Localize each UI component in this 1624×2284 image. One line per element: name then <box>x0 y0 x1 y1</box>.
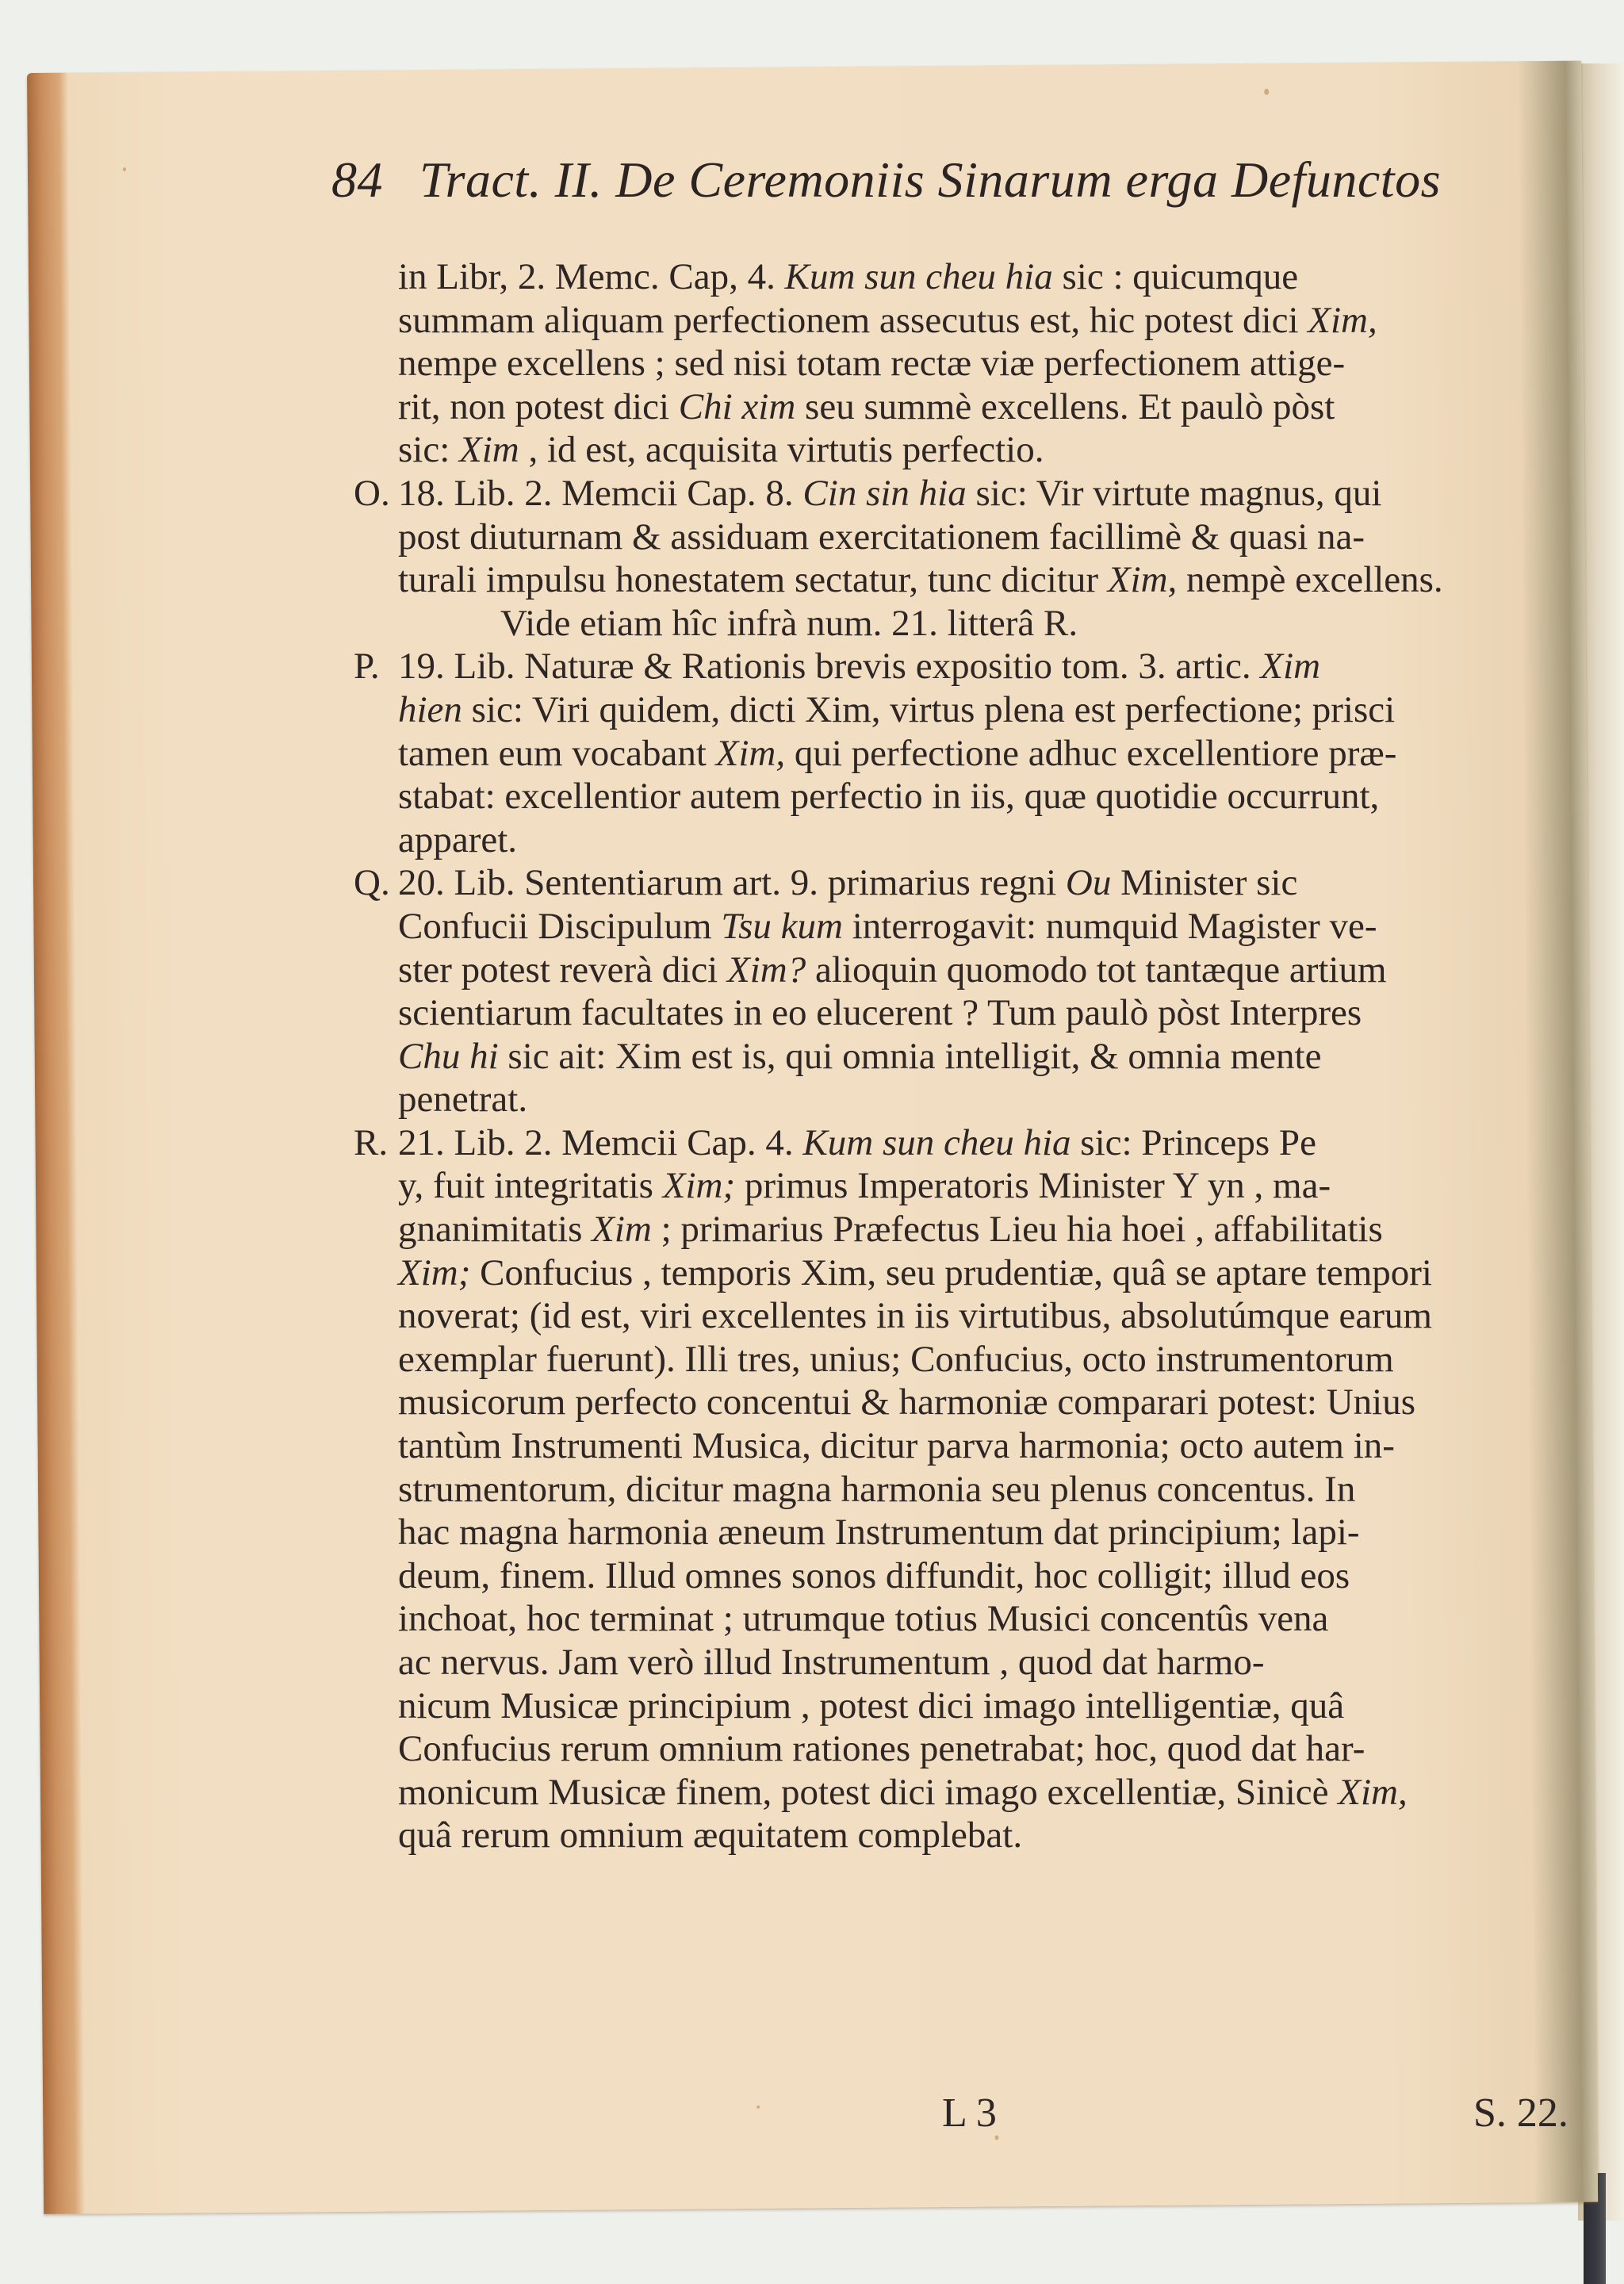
line-text: ; primarius Præfectus Lieu hia hoei , af… <box>652 1209 1383 1250</box>
line-text: seu summè excellens. Et paulò pòst <box>795 386 1335 427</box>
text-line: post diuturnam & assiduam exercitationem… <box>354 515 1591 559</box>
line-text: noverat; (id est, viri excellentes in ii… <box>398 1295 1432 1336</box>
line-text: qui perfectione adhuc excellentiore præ- <box>785 733 1396 774</box>
signature-mark: L 3 <box>942 2090 997 2136</box>
line-text: penetrat. <box>398 1079 527 1120</box>
line-text: strumentorum, dicitur magna harmonia seu… <box>398 1469 1355 1510</box>
text-line: Confucii Discipulum Tsu kum interrogavit… <box>354 905 1591 948</box>
text-line: ster potest reverà dici Xim? alioquin qu… <box>354 948 1591 992</box>
line-text: sic: <box>398 429 459 470</box>
line-text: nicum Musicæ principium , potest dici im… <box>398 1685 1344 1726</box>
text-line: Vide etiam hîc infrà num. 21. litterâ R. <box>354 602 1591 646</box>
text-line: in Libr, 2. Memc. Cap, 4. Kum sun cheu h… <box>354 255 1591 299</box>
text-line: tamen eum vocabant Xim, qui perfectione … <box>354 732 1591 776</box>
line-text: y, fuit integritatis <box>398 1165 663 1206</box>
line-text: rit, non potest dici <box>398 386 679 427</box>
chinese-title: hien <box>398 689 462 730</box>
line-text: interrogavit: numquid Magister ve- <box>843 906 1377 947</box>
running-header: 84Tract. II. De Ceremoniis Sinarum erga … <box>331 151 1441 209</box>
page-number: 84 <box>331 151 383 208</box>
text-line: O.18. Lib. 2. Memcii Cap. 8. Cin sin hia… <box>354 472 1591 515</box>
chinese-title: Kum sun cheu hia <box>785 256 1053 297</box>
text-line: sic: Xim , id est, acquisita virtutis pe… <box>354 428 1591 472</box>
line-text: Confucius , temporis Xim, seu prudentiæ,… <box>470 1252 1432 1293</box>
line-text: 20. Lib. Sententiarum art. 9. primarius … <box>398 862 1066 903</box>
chinese-title: Xim, <box>1338 1772 1407 1813</box>
text-line: tantùm Instrumenti Musica, dicitur parva… <box>354 1424 1591 1468</box>
text-line: rit, non potest dici Chi xim seu summè e… <box>354 385 1591 429</box>
line-text: exemplar fuerunt). Illi tres, unius; Con… <box>398 1339 1394 1380</box>
line-text: sic: Princeps Pe <box>1071 1122 1316 1163</box>
line-text: inchoat, hoc terminat ; utrumque totius … <box>398 1598 1328 1639</box>
text-line: quâ rerum omnium æquitatem complebat. <box>354 1814 1591 1857</box>
line-text: sic ait: Xim est is, qui omnia intelligi… <box>499 1036 1322 1077</box>
chinese-title: Xim, <box>716 733 785 774</box>
text-line: Xim; Confucius , temporis Xim, seu prude… <box>354 1251 1591 1295</box>
text-line: summam aliquam perfectionem assecutus es… <box>354 299 1591 343</box>
chinese-title: Cin sin hia <box>802 473 966 514</box>
line-text: Confucius rerum omnium rationes penetrab… <box>398 1728 1365 1769</box>
catchword: S. 22. <box>1473 2090 1568 2136</box>
running-title: Tract. II. De Ceremoniis Sinarum erga De… <box>419 151 1441 208</box>
text-line: musicorum perfecto concentui & harmoniæ … <box>354 1381 1591 1424</box>
body-text: in Libr, 2. Memc. Cap, 4. Kum sun cheu h… <box>354 255 1591 1857</box>
text-line: nicum Musicæ principium , potest dici im… <box>354 1684 1591 1728</box>
line-text: stabat: excellentior autem perfectio in … <box>398 776 1379 817</box>
chinese-title: Chu hi <box>398 1036 499 1077</box>
chinese-title: Xim, <box>1308 300 1377 341</box>
line-text: apparet. <box>398 819 517 860</box>
text-line: hac magna harmonia æneum Instrumentum da… <box>354 1511 1591 1554</box>
paragraph-letter: O. <box>354 472 398 515</box>
text-line: scientiarum facultates in eo elucerent ?… <box>354 991 1591 1035</box>
line-text: nempè excellens. <box>1177 559 1442 600</box>
text-line: R.21. Lib. 2. Memcii Cap. 4. Kum sun che… <box>354 1121 1591 1165</box>
text-line: Confucius rerum omnium rationes penetrab… <box>354 1727 1591 1771</box>
paragraph-letter: P. <box>354 645 398 688</box>
text-line: ac nervus. Jam verò illud Instrumentum ,… <box>354 1641 1591 1684</box>
chinese-title: Xim <box>1260 646 1320 687</box>
chinese-title: Xim; <box>398 1252 470 1293</box>
line-text: quâ rerum omnium æquitatem complebat. <box>398 1815 1022 1856</box>
chinese-title: Xim; <box>663 1165 735 1206</box>
chinese-title: Tsu kum <box>721 906 843 947</box>
line-text: Vide etiam hîc infrà num. 21. litterâ R. <box>500 603 1078 644</box>
text-line: gnanimitatis Xim ; primarius Præfectus L… <box>354 1208 1591 1251</box>
text-line: noverat; (id est, viri excellentes in ii… <box>354 1294 1591 1338</box>
line-text: gnanimitatis <box>398 1209 592 1250</box>
line-text: nempe excellens ; sed nisi totam rectæ v… <box>398 343 1345 384</box>
text-line: Q.20. Lib. Sententiarum art. 9. primariu… <box>354 861 1591 905</box>
line-text: hac magna harmonia æneum Instrumentum da… <box>398 1512 1360 1553</box>
text-line: monicum Musicæ finem, potest dici imago … <box>354 1771 1591 1815</box>
text-line: Chu hi sic ait: Xim est is, qui omnia in… <box>354 1035 1591 1079</box>
line-text: deum, finem. Illud omnes sonos diffundit… <box>398 1555 1350 1596</box>
line-text: post diuturnam & assiduam exercitationem… <box>398 516 1365 558</box>
text-line: exemplar fuerunt). Illi tres, unius; Con… <box>354 1338 1591 1382</box>
text-line: hien sic: Viri quidem, dicti Xim, virtus… <box>354 688 1591 732</box>
text-line: deum, finem. Illud omnes sonos diffundit… <box>354 1554 1591 1598</box>
text-line: apparet. <box>354 818 1591 862</box>
chinese-title: Xim, <box>1108 559 1177 600</box>
line-text: primus Imperatoris Minister Y yn , ma- <box>735 1165 1331 1206</box>
line-text: ac nervus. Jam verò illud Instrumentum ,… <box>398 1642 1265 1683</box>
paragraph-letter: Q. <box>354 861 398 905</box>
chinese-title: Chi xim <box>679 386 796 427</box>
text-line: penetrat. <box>354 1078 1591 1121</box>
line-text: sic: Vir virtute magnus, qui <box>967 473 1382 514</box>
line-text: tamen eum vocabant <box>398 733 716 774</box>
line-text: 21. Lib. 2. Memcii Cap. 4. <box>398 1122 802 1163</box>
text-line: inchoat, hoc terminat ; utrumque totius … <box>354 1597 1591 1641</box>
chinese-title: Xim <box>592 1209 652 1250</box>
line-text: scientiarum facultates in eo elucerent ?… <box>398 992 1362 1033</box>
chinese-title: Xim? <box>727 949 806 991</box>
line-text: ster potest reverà dici <box>398 949 727 991</box>
line-text: alioquin quomodo tot tantæque artium <box>806 949 1386 991</box>
text-line: y, fuit integritatis Xim; primus Imperat… <box>354 1164 1591 1208</box>
text-line: turali impulsu honestatem sectatur, tunc… <box>354 558 1591 602</box>
text-line: P.19. Lib. Naturæ & Rationis brevis expo… <box>354 645 1591 688</box>
text-line: stabat: excellentior autem perfectio in … <box>354 775 1591 818</box>
line-text: tantùm Instrumenti Musica, dicitur parva… <box>398 1425 1395 1466</box>
line-text: in Libr, 2. Memc. Cap, 4. <box>398 256 785 297</box>
line-text: sic: Viri quidem, dicti Xim, virtus plen… <box>462 689 1395 730</box>
chinese-title: Xim <box>459 429 519 470</box>
line-text: 19. Lib. Naturæ & Rationis brevis exposi… <box>398 646 1260 687</box>
line-text: , id est, acquisita virtutis perfectio. <box>519 429 1044 470</box>
line-text: 18. Lib. 2. Memcii Cap. 8. <box>398 473 802 514</box>
line-text: Minister sic <box>1111 862 1297 903</box>
line-text: turali impulsu honestatem sectatur, tunc… <box>398 559 1108 600</box>
line-text: summam aliquam perfectionem assecutus es… <box>398 300 1308 341</box>
text-line: strumentorum, dicitur magna harmonia seu… <box>354 1468 1591 1512</box>
line-text: sic : quicumque <box>1053 256 1298 297</box>
paragraph-letter: R. <box>354 1121 398 1165</box>
line-text: Confucii Discipulum <box>398 906 721 947</box>
text-line: nempe excellens ; sed nisi totam rectæ v… <box>354 342 1591 385</box>
chinese-title: Ou <box>1066 862 1111 903</box>
line-text: monicum Musicæ finem, potest dici imago … <box>398 1772 1338 1813</box>
line-text: musicorum perfecto concentui & harmoniæ … <box>398 1382 1415 1423</box>
chinese-title: Kum sun cheu hia <box>802 1122 1071 1163</box>
